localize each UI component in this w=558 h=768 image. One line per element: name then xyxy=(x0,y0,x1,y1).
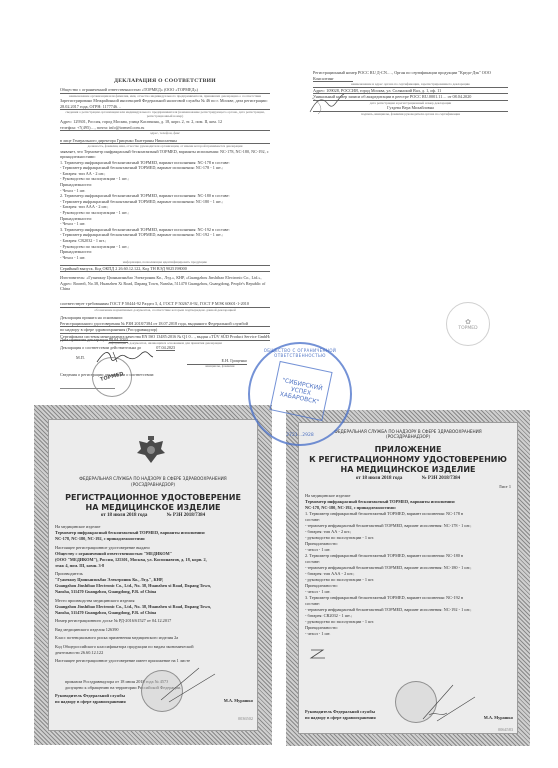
declaration-registered: Зарегистрировано Межрайонной инспекцией … xyxy=(60,98,270,110)
declaration-registered-caption: сведения о регистрации организации или и… xyxy=(60,110,270,119)
certificate-title-2: НА МЕДИЦИНСКОЕ ИЗДЕЛИЕ xyxy=(49,503,257,512)
declaration-conformity-caption: обозначение нормативных документов, соот… xyxy=(60,308,270,312)
date-accepted-label: Дата принятия декларации xyxy=(60,337,108,342)
certificate-body: ФЕДЕРАЛЬНАЯ СЛУЖБА ПО НАДЗОРУ В СФЕРЕ ЗД… xyxy=(48,419,258,731)
appendix-head-name: М.А. Мурашко xyxy=(484,715,513,721)
appendix-body: ФЕДЕРАЛЬНАЯ СЛУЖБА ПО НАДЗОРУ В СФЕРЕ ЗД… xyxy=(298,422,518,734)
appendix-title-3: НА МЕДИЦИНСКОЕ ИЗДЕЛИЕ xyxy=(299,465,517,474)
certificate-signature-icon xyxy=(159,664,219,704)
declaration-basis-item: по надзору в сфере здравоохранения (Росз… xyxy=(60,327,270,334)
stamp-ring-text: ОБЩЕСТВО С ОГРАНИЧЕННОЙ ОТВЕТСТВЕННОСТЬЮ xyxy=(250,348,350,358)
registration-number: Регистрационный номер РОСС RU Д-CN.…, Ор… xyxy=(313,70,508,76)
mp-label: М.П. xyxy=(76,355,85,361)
certificate-line: Nansha, 511470 Guangzhou, Guangdong, P.R… xyxy=(55,589,251,595)
declaration-items-list: 1. Термометр инфракрасный бесконтактный … xyxy=(60,160,270,261)
certificate-line: Настоящее регистрационное удостоверение … xyxy=(55,658,251,664)
declaration-signer-caption: инициалы, фамилия xyxy=(195,364,245,368)
certificate-line: Номер регистрационного досье № РД-2016/6… xyxy=(55,618,251,624)
registration-signature-icon xyxy=(308,90,348,116)
declaration-represented-by: в лице Генерального директора Гриценко Е… xyxy=(60,138,270,145)
date-accepted-row: Дата принятия декларации 08.04.2020 xyxy=(60,337,190,343)
appendix-lines: На медицинское изделиеТермометр инфракра… xyxy=(305,493,511,637)
certificate-line: NC-178, NC-180, NC-192, с принадлежностя… xyxy=(55,536,251,542)
flower-icon: ✿ xyxy=(465,318,471,326)
appendix-date-row: от 18 июля 2018 года № РЗН 2018/7384 xyxy=(299,476,517,481)
certificate-appendix: ФЕДЕРАЛЬНАЯ СЛУЖБА ПО НАДЗОРУ В СФЕРЕ ЗД… xyxy=(286,410,530,746)
certificate-title-1: РЕГИСТРАЦИОННОЕ УДОСТОВЕРЕНИЕ xyxy=(49,493,257,502)
appendix-serial: 0064583 xyxy=(498,727,513,733)
certificate-lines: На медицинское изделиеТермометр инфракра… xyxy=(55,524,251,664)
declaration-serial: Серийный выпуск. Код ОКПД 2 26.60.12.122… xyxy=(60,266,270,273)
siberian-success-stamp: ОБЩЕСТВО С ОГРАНИЧЕННОЙ ОТВЕТСТВЕННОСТЬЮ… xyxy=(248,342,352,446)
valid-until-value: 07.04.2023 xyxy=(156,345,175,351)
declaration-registration-info: Сведения о регистрации декларации о соот… xyxy=(60,372,180,378)
declaration-manufacturer: Изготовитель: «Гуанчжоу Цзиньшэньбао Эле… xyxy=(60,275,270,298)
appendix-z-mark-icon xyxy=(309,648,327,660)
declaration-declares: заявляет, что Термометр инфракрасный бес… xyxy=(60,149,270,160)
certificate-line: Вид медицинского изделия 126390 xyxy=(55,627,251,633)
appendix-sheet: Лист 1 xyxy=(499,484,511,490)
declaration-document: ДЕКЛАРАЦИЯ О СООТВЕТСТВИИ Общество с огр… xyxy=(60,78,270,378)
certificate-line: этаж 4, пом. III, комн. 3-8 xyxy=(55,563,251,569)
certificate-head-2: по надзору в сфере здравоохранения xyxy=(55,699,126,705)
certificate-line: Nansha, 511470 Guangzhou, Guangdong, P.R… xyxy=(55,610,251,616)
appendix-title-2: К РЕГИСТРАЦИОННОМУ УДОСТОВЕРЕНИЮ xyxy=(299,455,517,464)
declaration-phone-caption: адрес, телефон, факс xyxy=(60,131,270,135)
certificate-date: от 18 июля 2018 года xyxy=(101,513,148,518)
date-accepted-value: 08.04.2020 xyxy=(109,337,128,343)
certificate-number: № РЗН 2018/7384 xyxy=(167,513,206,518)
stamp-inner-box: "СИБИРСКИЙ УСПЕХ ХАБАРОВСК" xyxy=(269,361,332,421)
tormed-seal-faint: ✿ TOPMED xyxy=(446,302,490,346)
declaration-phone: телефон: +7(495)…, почта: info@tormed.co… xyxy=(60,125,270,132)
certificate-agency-short: (РОСЗДРАВНАДЗОР) xyxy=(49,482,257,487)
appendix-number: № РЗН 2018/7384 xyxy=(422,476,461,481)
stamp-number: 2721…2928 xyxy=(250,433,350,438)
certificate-line: деятельности 26.60.12.122 xyxy=(55,650,251,656)
declaration-conformity: соответствует требованиям ГОСТ Р 50444-9… xyxy=(60,301,270,308)
certificate-head-name: М.А. Мурашко xyxy=(224,698,253,704)
declaration-applicant: Общество с ограниченной ответственностью… xyxy=(60,87,270,94)
appendix-line: - чехол - 1 шт. xyxy=(305,631,511,637)
appendix-head-2: по надзору в сфере здравоохранения xyxy=(305,715,376,721)
registration-certificate: ФЕДЕРАЛЬНАЯ СЛУЖБА ПО НАДЗОРУ В СФЕРЕ ЗД… xyxy=(34,405,272,745)
tormed-faint-text: TOPMED xyxy=(458,326,477,331)
registration-number-2: Консалтинг xyxy=(313,76,353,83)
declaration-represented-caption: должность, фамилия, имя, отчество руково… xyxy=(60,144,270,148)
appendix-date: от 18 июля 2018 года xyxy=(356,476,403,481)
divider xyxy=(60,388,115,389)
certificate-date-row: от 18 июля 2018 года № РЗН 2018/7384 xyxy=(49,513,257,518)
appendix-signature-icon xyxy=(419,683,479,723)
russian-coat-of-arms-icon xyxy=(135,435,167,465)
certificate-serial: 0036502 xyxy=(238,716,253,722)
appendix-title-1: ПРИЛОЖЕНИЕ xyxy=(299,445,517,454)
certificate-line: Класс потенциального риска применения ме… xyxy=(55,635,251,641)
declaration-basis-item: Регистрационного удостоверения № РЗН 201… xyxy=(60,321,270,328)
declaration-title: ДЕКЛАРАЦИЯ О СООТВЕТСТВИИ xyxy=(60,78,270,84)
certificate-agency: ФЕДЕРАЛЬНАЯ СЛУЖБА ПО НАДЗОРУ В СФЕРЕ ЗД… xyxy=(49,476,257,481)
